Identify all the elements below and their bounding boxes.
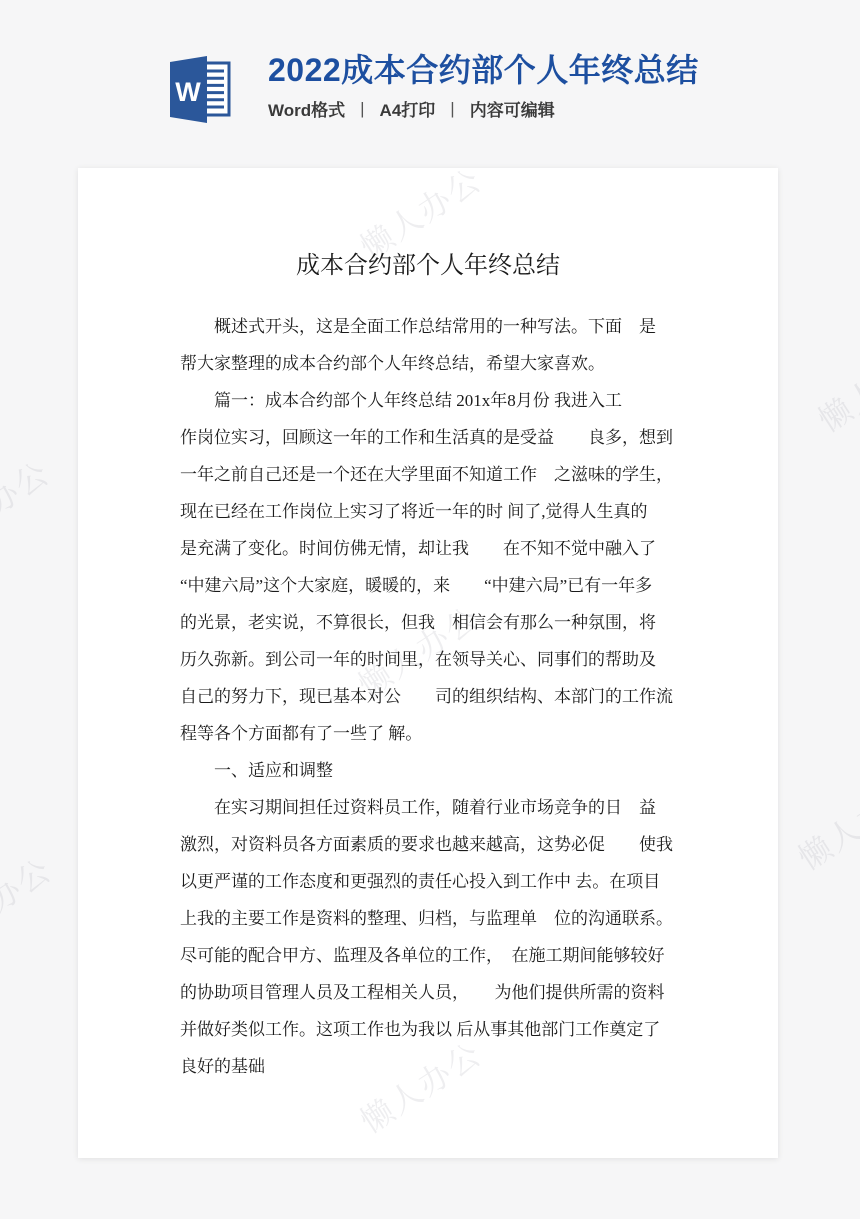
doc-text-line: “中建六局”这个大家庭，暖暖的，来 “中建六局”已有一年多 (180, 567, 673, 604)
doc-text-line: 自己的努力下，现已基本对公 司的组织结构、本部门的工作流 (180, 678, 673, 715)
doc-page-title: 成本合约部个人年终总结 (78, 248, 778, 285)
doc-text-line: 良好的基础 (180, 1048, 673, 1085)
watermark: 懒人办公 (788, 767, 860, 880)
doc-text-line: 概述式开头，这是全面工作总结常用的一种写法。下面 是 (180, 308, 673, 345)
feature-word-format: Word格式 (268, 96, 345, 121)
doc-text-line: 激烈，对资料员各方面素质的要求也越来越高，这势必促 使我 (180, 826, 673, 863)
feature-a4-print: A4打印 (380, 96, 436, 121)
doc-text-line: 一年之前自己还是一个还在大学里面不知道工作 之滋味的学生， (180, 456, 673, 493)
doc-text-line: 现在已经在工作岗位上实习了将近一年的时 间了,觉得人生真的 (180, 493, 673, 530)
document-preview-page: 成本合约部个人年终总结 概述式开头，这是全面工作总结常用的一种写法。下面 是 帮… (78, 168, 778, 1158)
doc-body: 概述式开头，这是全面工作总结常用的一种写法。下面 是 帮大家整理的成本合约部个人… (180, 308, 673, 1085)
doc-text-line: 的协助项目管理人员及工程相关人员， 为他们提供所需的资料 (180, 974, 673, 1011)
doc-text-line: 并做好类似工作。这项工作也为我以 后从事其他部门工作奠定了 (180, 1011, 673, 1048)
doc-text-line: 程等各个方面都有了一些了 解。 (180, 715, 673, 752)
document-features: Word格式 | A4打印 | 内容可编辑 (268, 96, 699, 121)
doc-text-line: 的光景，老实说，不算很长，但我 相信会有那么一种氛围，将 (180, 604, 673, 641)
doc-text-line: 一、适应和调整 (180, 752, 673, 789)
doc-text-line: 是充满了变化。时间仿佛无情，却让我 在不知不觉中融入了 (180, 530, 673, 567)
doc-text-line: 历久弥新。到公司一年的时间里，在领导关心、同事们的帮助及 (180, 641, 673, 678)
feature-separator: | (450, 99, 454, 119)
page-title: 2022成本合约部个人年终总结 (268, 50, 699, 90)
watermark: 懒人办公 (0, 846, 60, 959)
doc-text-line: 篇一：成本合约部个人年终总结 201x年8月份 我进入工 (180, 382, 673, 419)
watermark: 懒人办公 (0, 449, 58, 562)
watermark: 懒人办公 (808, 329, 860, 442)
doc-text-line: 以更严谨的工作态度和更强烈的责任心投入到工作中 去。在项目 (180, 863, 673, 900)
feature-separator: | (360, 99, 364, 119)
header: 2022成本合约部个人年终总结 Word格式 | A4打印 | 内容可编辑 (268, 50, 699, 121)
doc-text-line: 在实习期间担任过资料员工作，随着行业市场竞争的日 益 (180, 789, 673, 826)
feature-editable: 内容可编辑 (470, 96, 555, 121)
doc-text-line: 作岗位实习，回顾这一年的工作和生活真的是受益 良多，想到 (180, 419, 673, 456)
doc-text-line: 上我的主要工作是资料的整理、归档，与监理单 位的沟通联系。 (180, 900, 673, 937)
doc-text-line: 尽可能的配合甲方、监理及各单位的工作， 在施工期间能够较好 (180, 937, 673, 974)
doc-text-line: 帮大家整理的成本合约部个人年终总结，希望大家喜欢。 (180, 345, 673, 382)
word-icon: W (170, 56, 233, 123)
word-icon-letter: W (175, 77, 201, 107)
